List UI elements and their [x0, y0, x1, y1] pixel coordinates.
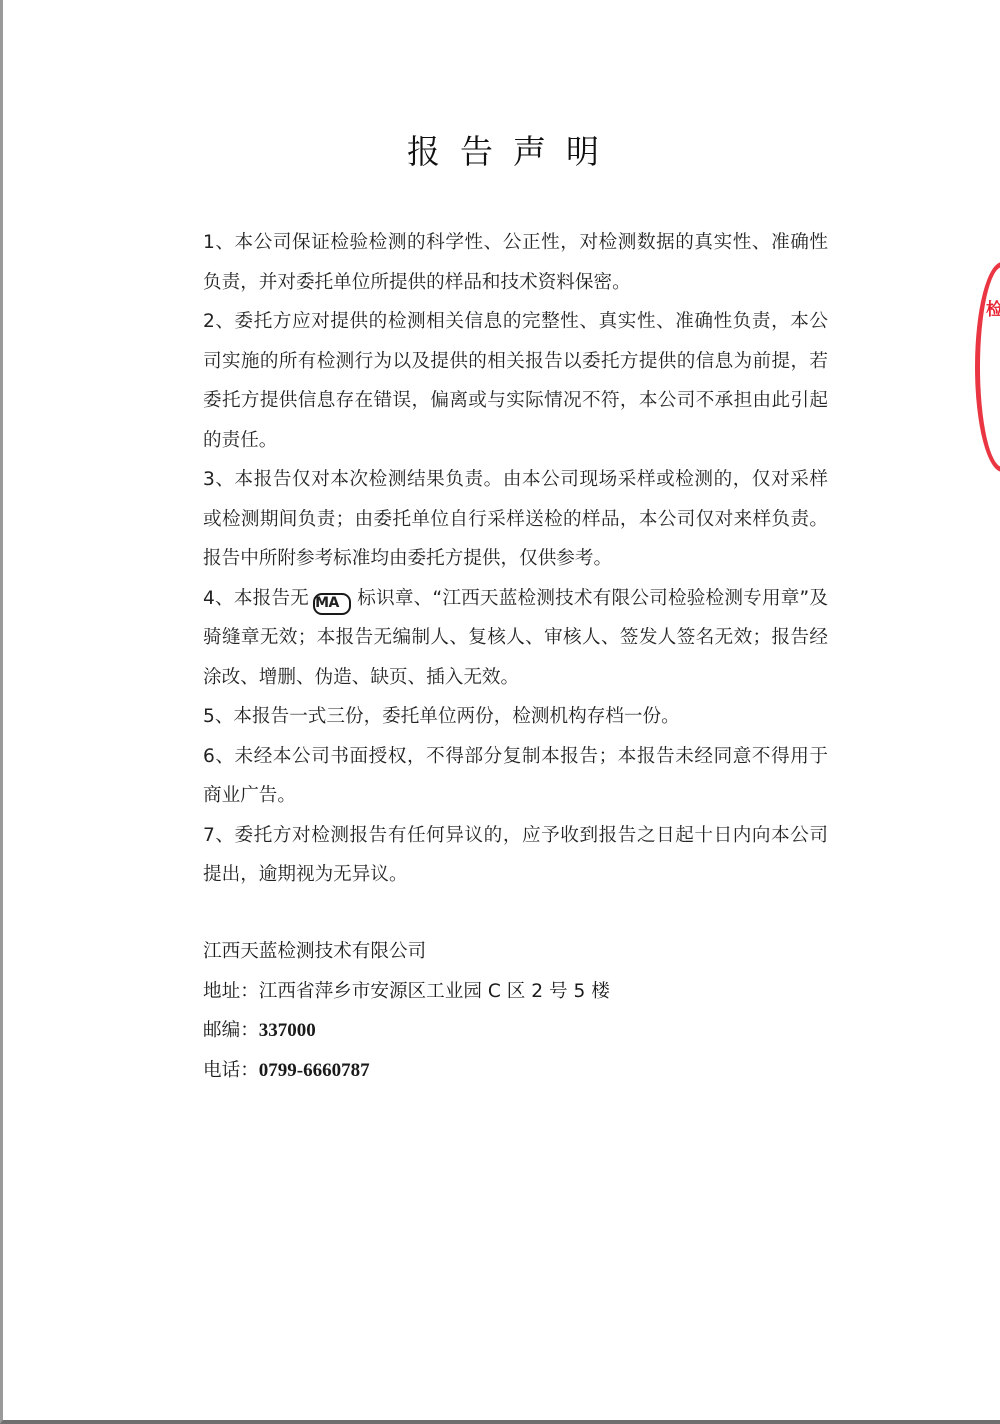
statement-body: 1、本公司保证检验检测的科学性、公正性，对检测数据的真实性、准确性负责，并对委托… — [203, 223, 828, 895]
clause-3: 3、本报告仅对本次检测结果负责。由本公司现场采样或检测的，仅对采样或检测期间负责… — [203, 460, 828, 579]
phone-label: 电话： — [203, 1060, 259, 1081]
cma-mark-icon: MA — [313, 593, 351, 615]
clause-6: 6、未经本公司书面授权，不得部分复制本报告；本报告未经同意不得用于商业广告。 — [203, 737, 828, 816]
company-name: 江西天蓝检测技术有限公司 — [203, 932, 803, 972]
postcode-label: 邮编： — [203, 1020, 259, 1041]
clause-2: 2、委托方应对提供的检测相关信息的完整性、真实性、准确性负责，本公司实施的所有检… — [203, 302, 828, 460]
address-label: 地址： — [203, 981, 259, 1002]
company-phone: 电话：0799-6660787 — [203, 1051, 803, 1091]
postcode-value: 337000 — [259, 1020, 316, 1041]
phone-value: 0799-6660787 — [259, 1060, 370, 1081]
clause-5: 5、本报告一式三份，委托单位两份，检测机构存档一份。 — [203, 697, 828, 737]
clause-1: 1、本公司保证检验检测的科学性、公正性，对检测数据的真实性、准确性负责，并对委托… — [203, 223, 828, 302]
company-postcode: 邮编：337000 — [203, 1011, 803, 1051]
address-value: 江西省萍乡市安源区工业园 C 区 2 号 5 楼 — [259, 981, 610, 1002]
clause-4-lead: 4、本报告无 — [203, 588, 309, 609]
company-address: 地址：江西省萍乡市安源区工业园 C 区 2 号 5 楼 — [203, 972, 803, 1012]
seal-text: 检测专用章 — [986, 290, 1000, 330]
clause-7: 7、委托方对检测报告有任何异议的，应予收到报告之日起十日内向本公司提出，逾期视为… — [203, 816, 828, 895]
company-info: 江西天蓝检测技术有限公司 地址：江西省萍乡市安源区工业园 C 区 2 号 5 楼… — [203, 932, 803, 1090]
page-title: 报告声明 — [3, 126, 1000, 173]
clause-4: 4、本报告无MA标识章、“江西天蓝检测技术有限公司检验检测专用章”及骑缝章无效；… — [203, 579, 828, 698]
document-page: 报告声明 1、本公司保证检验检测的科学性、公正性，对检测数据的真实性、准确性负责… — [0, 0, 1000, 1424]
